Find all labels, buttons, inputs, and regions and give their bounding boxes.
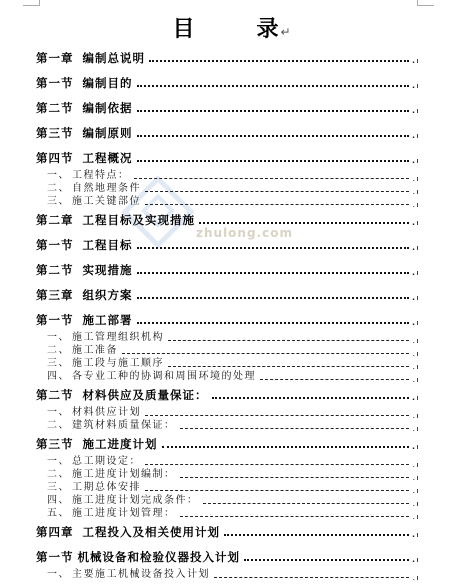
toc-leader-dots [137,322,409,324]
toc-entry-label: 第二章 [36,214,74,226]
toc-entry-title: 实现措施 [83,264,133,276]
toc-entry-title: 施工准备 [72,345,118,357]
toc-leader-dots [137,110,409,112]
toc-page-ref-mark: . [412,296,418,301]
toc-leader-dots [137,247,409,249]
toc-page-ref-mark: . [412,159,418,164]
toc-page-ref-mark: . [412,378,418,383]
toc-entry-section[interactable]: 第二节实现措施. [36,264,418,276]
toc-entry-item[interactable]: 二、施工准备. [36,345,418,357]
toc-entry-section[interactable]: 第三节编制原则. [36,127,418,139]
toc-leader-dashes [145,415,409,416]
toc-leader-dashes [168,340,409,341]
toc-entry-item[interactable]: 三、施工关键部位. [36,196,418,208]
toc-entry-title: 各专业工种的协调和周围环境的处理 [72,371,256,383]
toc-entry-title: 工程概况 [83,152,133,164]
toc-entry-chapter[interactable]: 第一章编制总说明. [36,52,418,64]
toc-entry-title: 施工进度计划 [83,438,158,450]
toc-entry-title: 自然地理条件 [72,183,141,195]
toc-entry-title: 施工进度计划编制： [72,469,176,481]
toc-entry-label: 第三节 [36,127,74,139]
toc-entry-label: 一、 [47,456,70,468]
toc-entry-title: 编制总说明 [83,52,146,64]
toc-entry-item[interactable]: 四、各专业工种的协调和周围环境的处理. [36,371,418,383]
toc-leader-dashes [180,428,410,429]
title-char-left: 目 [172,16,194,42]
toc-entry-title: 工程目标 [83,239,133,251]
toc-entry-title: 总工期设定： [72,456,141,468]
toc-leader-dots [212,397,409,399]
toc-leader-dashes [180,477,410,478]
toc-page-ref-mark: . [412,246,418,251]
toc-entry-label: 二、 [47,469,70,481]
toc-page-ref-mark: . [412,352,418,357]
toc-entry-item[interactable]: 三、施工段与施工顺序. [36,358,418,370]
toc-page-ref-mark: . [412,365,418,370]
toc-page-ref-mark: . [412,221,418,226]
toc-entry-chapter[interactable]: 第三章组织方案. [36,289,418,301]
toc-entry-section[interactable]: 第三节施工进度计划. [36,438,418,450]
toc-entry-section[interactable]: 第二节材料供应及质量保证：. [36,389,418,401]
toc-entry-item[interactable]: 一、总工期设定：. [36,456,418,468]
toc-page-ref-mark: . [412,109,418,114]
toc-entry-label: 二、 [47,183,70,195]
toc-entry-item[interactable]: 五、施工进度计划管理：. [36,508,418,520]
toc-entry-label: 一、 [47,407,70,419]
toc-entry-title: 施工管理组织机构 [72,332,164,344]
toc-entry-section[interactable]: 第一节机械设备和检验仪器投入计划. [36,551,418,563]
toc-entry-section[interactable]: 第一节施工部署. [36,314,418,326]
toc-leader-dashes [145,464,409,465]
toc-entry-item[interactable]: 一、工程特点：. [36,170,418,182]
toc-entry-title: 机械设备和检验仪器投入计划 [78,551,241,563]
document-page: zhulong.com 目 录 ↵ 第一章编制总说明.第一节编制目的.第二节编制… [0,0,451,588]
toc-entry-title: 工程目标及实现措施 [83,214,196,226]
toc-leader-dots [244,559,409,561]
toc-page-ref-mark: . [412,533,418,538]
toc-entry-section[interactable]: 第一节编制目的. [36,77,418,89]
toc-entry-title: 编制原则 [83,127,133,139]
toc-entry-label: 第三章 [36,289,74,301]
toc-entry-section[interactable]: 第二节编制依据. [36,102,418,114]
toc-entry-item[interactable]: 二、自然地理条件. [36,183,418,195]
toc-entry-title: 材料供应计划 [72,407,141,419]
toc-entry-item[interactable]: 一、主要施工机械设备投入计划. [36,569,418,581]
toc-page-ref-mark: . [412,476,418,481]
toc-entry-title: 施工关键部位 [72,196,141,208]
toc-page-ref-mark: . [412,271,418,276]
toc-leader-dots [137,160,409,162]
toc-entry-item[interactable]: 四、施工进度计划完成条件：. [36,495,418,507]
toc-entry-label: 第一节 [36,314,74,326]
toc-leader-dots [137,135,409,137]
toc-leader-dashes [180,516,410,517]
toc-entry-label: 第二节 [36,389,74,401]
toc-entry-label: 三、 [47,482,70,494]
paragraph-mark-icon: ↵ [281,19,291,45]
toc-entry-title: 工期总体安排 [72,482,141,494]
toc-entry-label: 一、 [47,569,70,581]
toc-entry-section[interactable]: 第一节工程目标. [36,239,418,251]
toc-entry-label: 第一节 [36,77,74,89]
toc-page-ref-mark: . [412,190,418,195]
toc-entry-title: 编制依据 [83,102,133,114]
toc-entry-label: 第二节 [36,102,74,114]
toc-leader-dashes [145,490,409,491]
toc-leader-dots [137,297,409,299]
toc-leader-dashes [122,353,409,354]
toc-entry-label: 一、 [47,170,70,182]
toc-page-ref-mark: . [412,414,418,419]
toc-entry-label: 第四节 [36,152,74,164]
toc-entry-label: 第四章 [36,526,74,538]
toc-entry-label: 二、 [47,420,70,432]
toc-entry-label: 三、 [47,358,70,370]
toc-page-ref-mark: . [412,84,418,89]
toc-entry-title: 施工进度计划完成条件： [72,495,199,507]
toc-leader-dashes [145,191,409,192]
toc-leader-dots [149,60,409,62]
margin-crop-mark-top-left [23,0,40,6]
toc-leader-dashes [145,204,409,205]
toc-entry-title: 施工进度计划管理： [72,508,176,520]
toc-entry-item[interactable]: 三、工期总体安排. [36,482,418,494]
toc-leader-dashes [214,577,409,578]
page-title[interactable]: 目 录 ↵ [0,16,451,42]
toc-page-ref-mark: . [412,396,418,401]
toc-entry-item[interactable]: 二、建筑材料质量保证：. [36,420,418,432]
toc-leader-dashes [203,503,410,504]
toc-page-ref-mark: . [412,576,418,581]
toc-leader-dashes [134,178,410,179]
toc-entry-label: 第二节 [36,264,74,276]
toc-entry-item[interactable]: 二、施工进度计划编制：. [36,469,418,481]
toc-entry-title: 施工部署 [83,314,133,326]
table-of-contents: 第一章编制总说明.第一节编制目的.第二节编制依据.第三节编制原则.第四节工程概况… [36,52,418,581]
toc-page-ref-mark: . [412,515,418,520]
toc-entry-title: 建筑材料质量保证： [72,420,176,432]
toc-page-ref-mark: . [412,339,418,344]
toc-page-ref-mark: . [412,445,418,450]
toc-entry-label: 第一节 [36,239,74,251]
toc-page-ref-mark: . [412,558,418,563]
toc-entry-title: 编制目的 [83,77,133,89]
toc-entry-label: 五、 [47,508,70,520]
toc-entry-label: 一、 [47,332,70,344]
toc-leader-dots [199,222,409,224]
toc-page-ref-mark: . [412,502,418,507]
toc-entry-title: 组织方案 [83,289,133,301]
toc-page-ref-mark: . [412,489,418,494]
toc-leader-dots [224,534,409,536]
toc-page-ref-mark: . [412,427,418,432]
toc-page-ref-mark: . [412,177,418,182]
toc-leader-dashes [168,366,409,367]
toc-page-ref-mark: . [412,321,418,326]
toc-leader-dots [137,272,409,274]
toc-entry-title: 主要施工机械设备投入计划 [72,569,210,581]
toc-entry-title: 工程投入及相关使用计划 [83,526,221,538]
margin-crop-mark-top-right [417,0,434,6]
toc-entry-label: 第一节 [36,551,74,563]
toc-entry-title: 材料供应及质量保证： [83,389,208,401]
toc-leader-dots [137,85,409,87]
toc-entry-section[interactable]: 第四节工程概况. [36,152,418,164]
toc-entry-title: 工程特点： [72,170,130,182]
toc-entry-item[interactable]: 一、施工管理组织机构. [36,332,418,344]
toc-entry-label: 四、 [47,495,70,507]
toc-page-ref-mark: . [412,463,418,468]
toc-entry-chapter[interactable]: 第四章工程投入及相关使用计划. [36,526,418,538]
toc-entry-title: 施工段与施工顺序 [72,358,164,370]
toc-leader-dots [162,446,409,448]
toc-entry-label: 第三节 [36,438,74,450]
toc-page-ref-mark: . [412,134,418,139]
toc-page-ref-mark: . [412,203,418,208]
toc-leader-dashes [260,379,409,380]
toc-page-ref-mark: . [412,59,418,64]
title-char-right: 录 [257,16,279,42]
toc-entry-label: 四、 [47,371,70,383]
toc-entry-item[interactable]: 一、材料供应计划. [36,407,418,419]
toc-entry-label: 第一章 [36,52,74,64]
toc-entry-label: 三、 [47,196,70,208]
toc-entry-chapter[interactable]: 第二章工程目标及实现措施. [36,214,418,226]
toc-entry-label: 二、 [47,345,70,357]
